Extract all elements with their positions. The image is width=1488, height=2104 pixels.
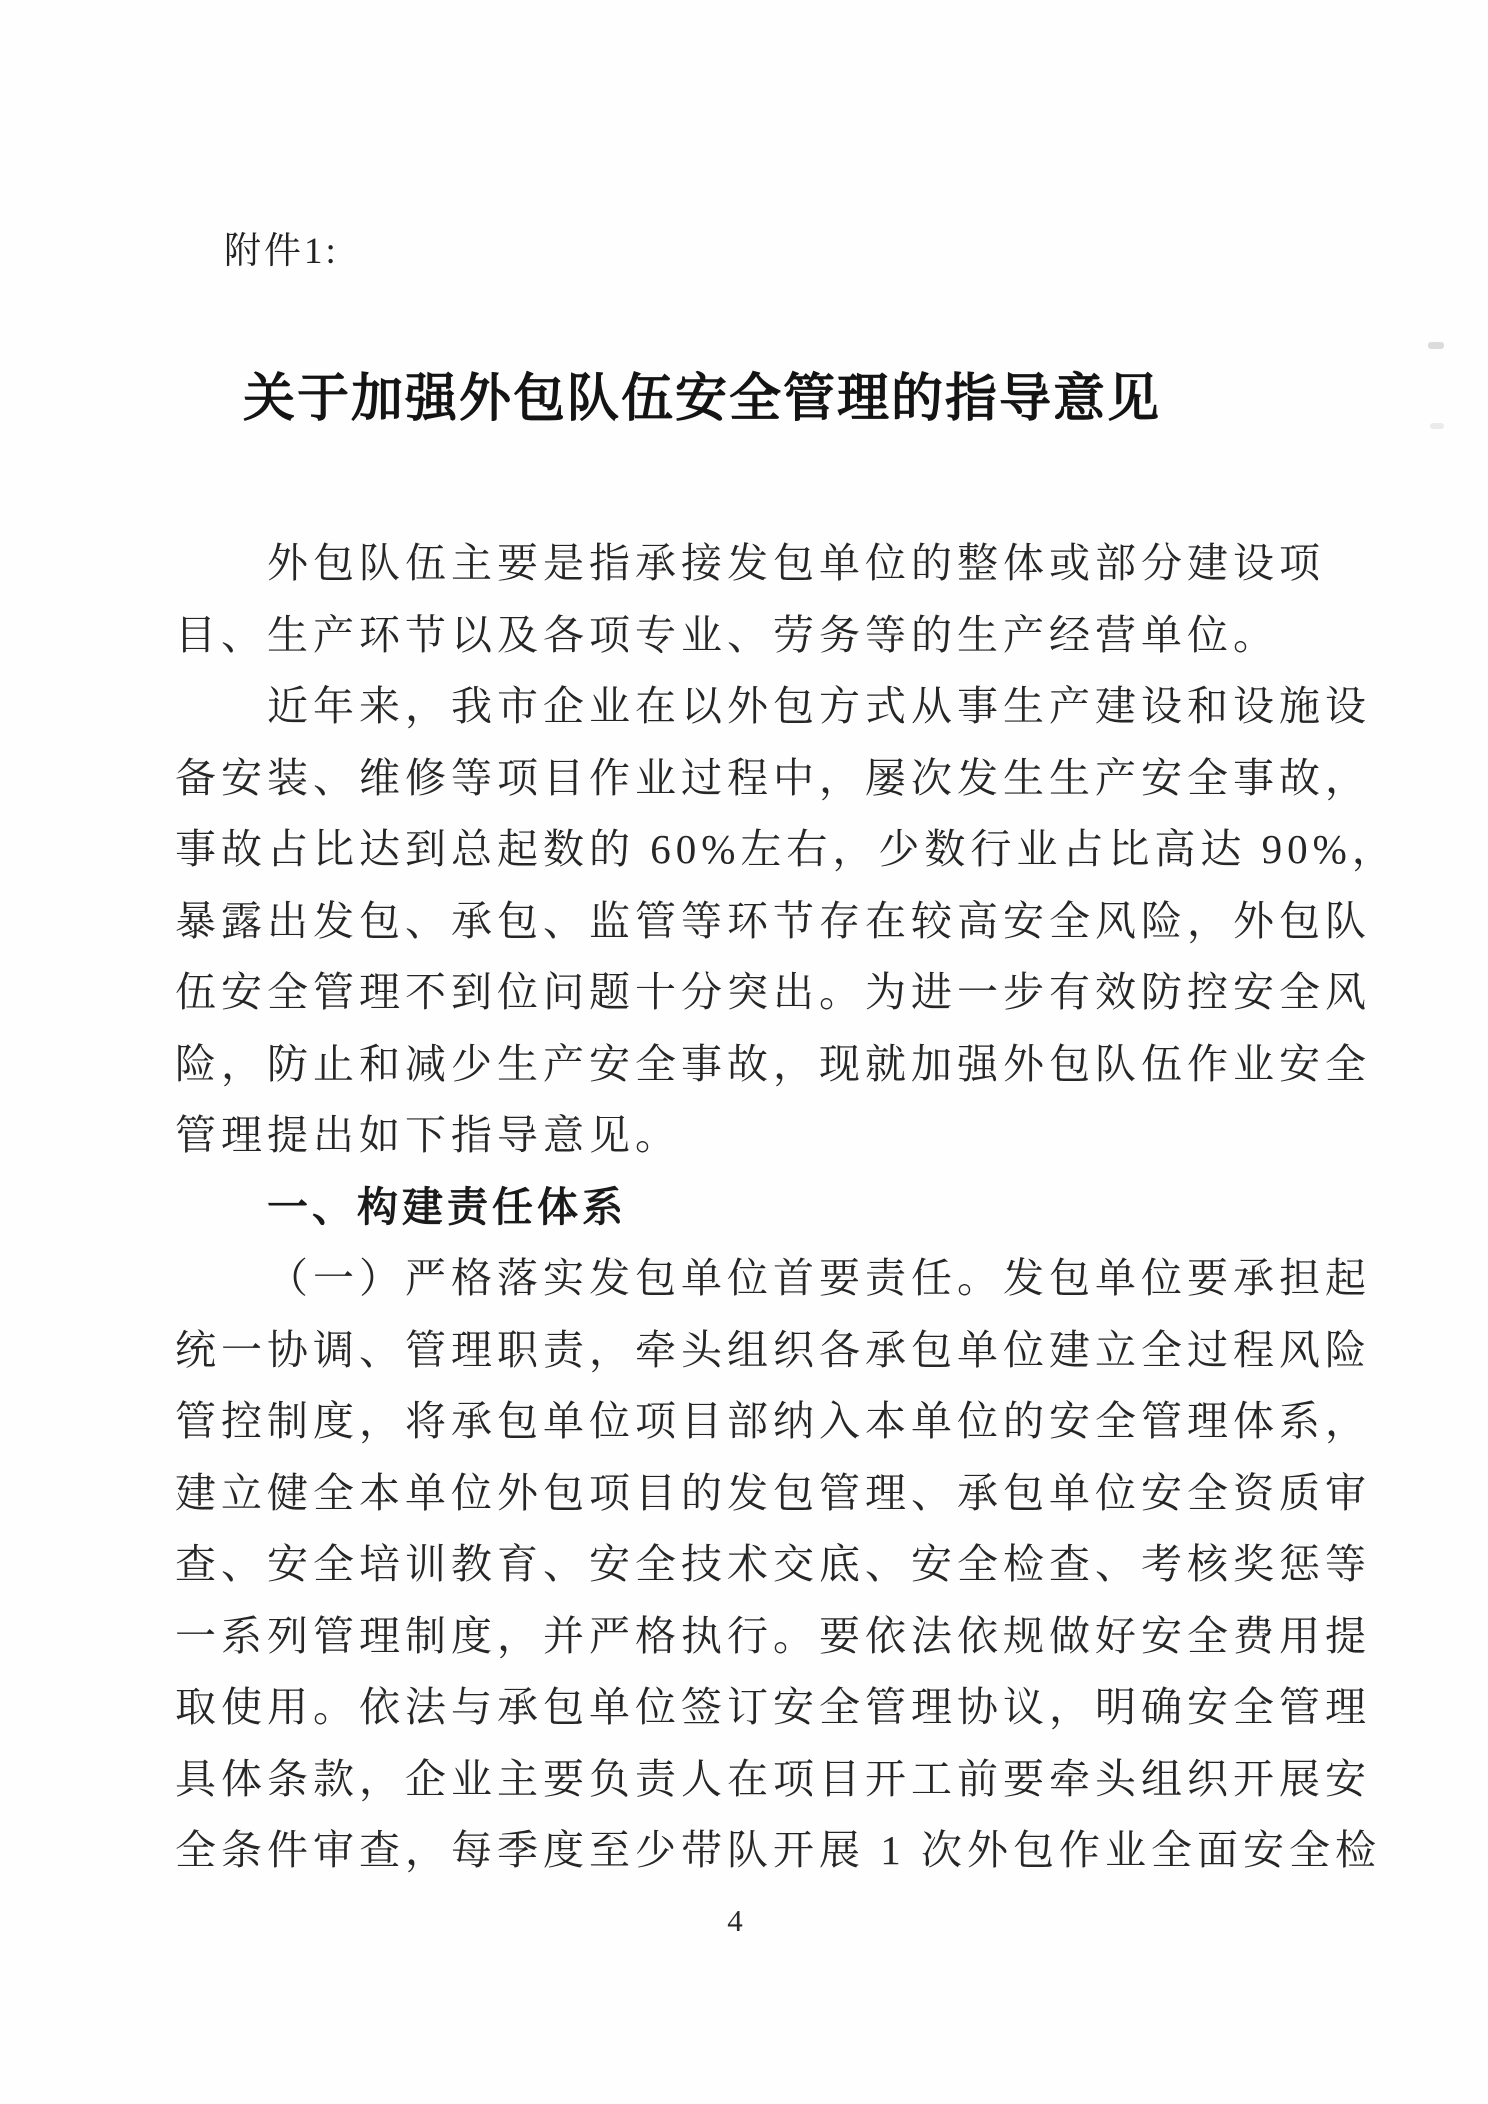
body-line: 管理提出如下指导意见。 bbox=[175, 1100, 1371, 1172]
document-body: 外包队伍主要是指承接发包单位的整体或部分建设项 目、生产环节以及各项专业、劳务等… bbox=[175, 528, 1371, 1887]
body-line: 管控制度，将承包单位项目部纳入本单位的安全管理体系， bbox=[175, 1386, 1371, 1458]
attachment-label: 附件1: bbox=[224, 228, 339, 276]
scanned-document-page: 附件1: 关于加强外包队伍安全管理的指导意见 外包队伍主要是指承接发包单位的整体… bbox=[0, 0, 1488, 2104]
body-line: 目、生产环节以及各项专业、劳务等的生产经营单位。 bbox=[175, 600, 1371, 672]
document-title: 关于加强外包队伍安全管理的指导意见 bbox=[243, 362, 1161, 438]
body-line: 一系列管理制度，并严格执行。要依法依规做好安全费用提 bbox=[175, 1601, 1371, 1673]
body-line: 险，防止和减少生产安全事故，现就加强外包队伍作业安全 bbox=[175, 1029, 1371, 1101]
body-line: 近年来，我市企业在以外包方式从事生产建设和设施设 bbox=[175, 671, 1371, 743]
body-line: 伍安全管理不到位问题十分突出。为进一步有效防控安全风 bbox=[175, 957, 1371, 1029]
body-line: 暴露出发包、承包、监管等环节存在较高安全风险，外包队 bbox=[175, 886, 1371, 958]
body-line: （一）严格落实发包单位首要责任。发包单位要承担起 bbox=[175, 1243, 1371, 1315]
section-heading: 一、构建责任体系 bbox=[175, 1172, 1371, 1244]
scan-artifact bbox=[1430, 423, 1444, 429]
body-line: 取使用。依法与承包单位签订安全管理协议，明确安全管理 bbox=[175, 1672, 1371, 1744]
body-line: 事故占比达到总起数的 60%左右，少数行业占比高达 90%， bbox=[175, 814, 1371, 886]
scan-artifact bbox=[1428, 342, 1444, 349]
body-line: 备安装、维修等项目作业过程中，屡次发生生产安全事故， bbox=[175, 743, 1371, 815]
page-number: 4 bbox=[0, 1903, 1470, 1939]
body-line: 统一协调、管理职责，牵头组织各承包单位建立全过程风险 bbox=[175, 1315, 1371, 1387]
body-line: 外包队伍主要是指承接发包单位的整体或部分建设项 bbox=[175, 528, 1371, 600]
body-line: 查、安全培训教育、安全技术交底、安全检查、考核奖惩等 bbox=[175, 1529, 1371, 1601]
body-line: 建立健全本单位外包项目的发包管理、承包单位安全资质审 bbox=[175, 1458, 1371, 1530]
body-line: 具体条款，企业主要负责人在项目开工前要牵头组织开展安 bbox=[175, 1744, 1371, 1816]
body-line: 全条件审查，每季度至少带队开展 1 次外包作业全面安全检 bbox=[175, 1815, 1371, 1887]
